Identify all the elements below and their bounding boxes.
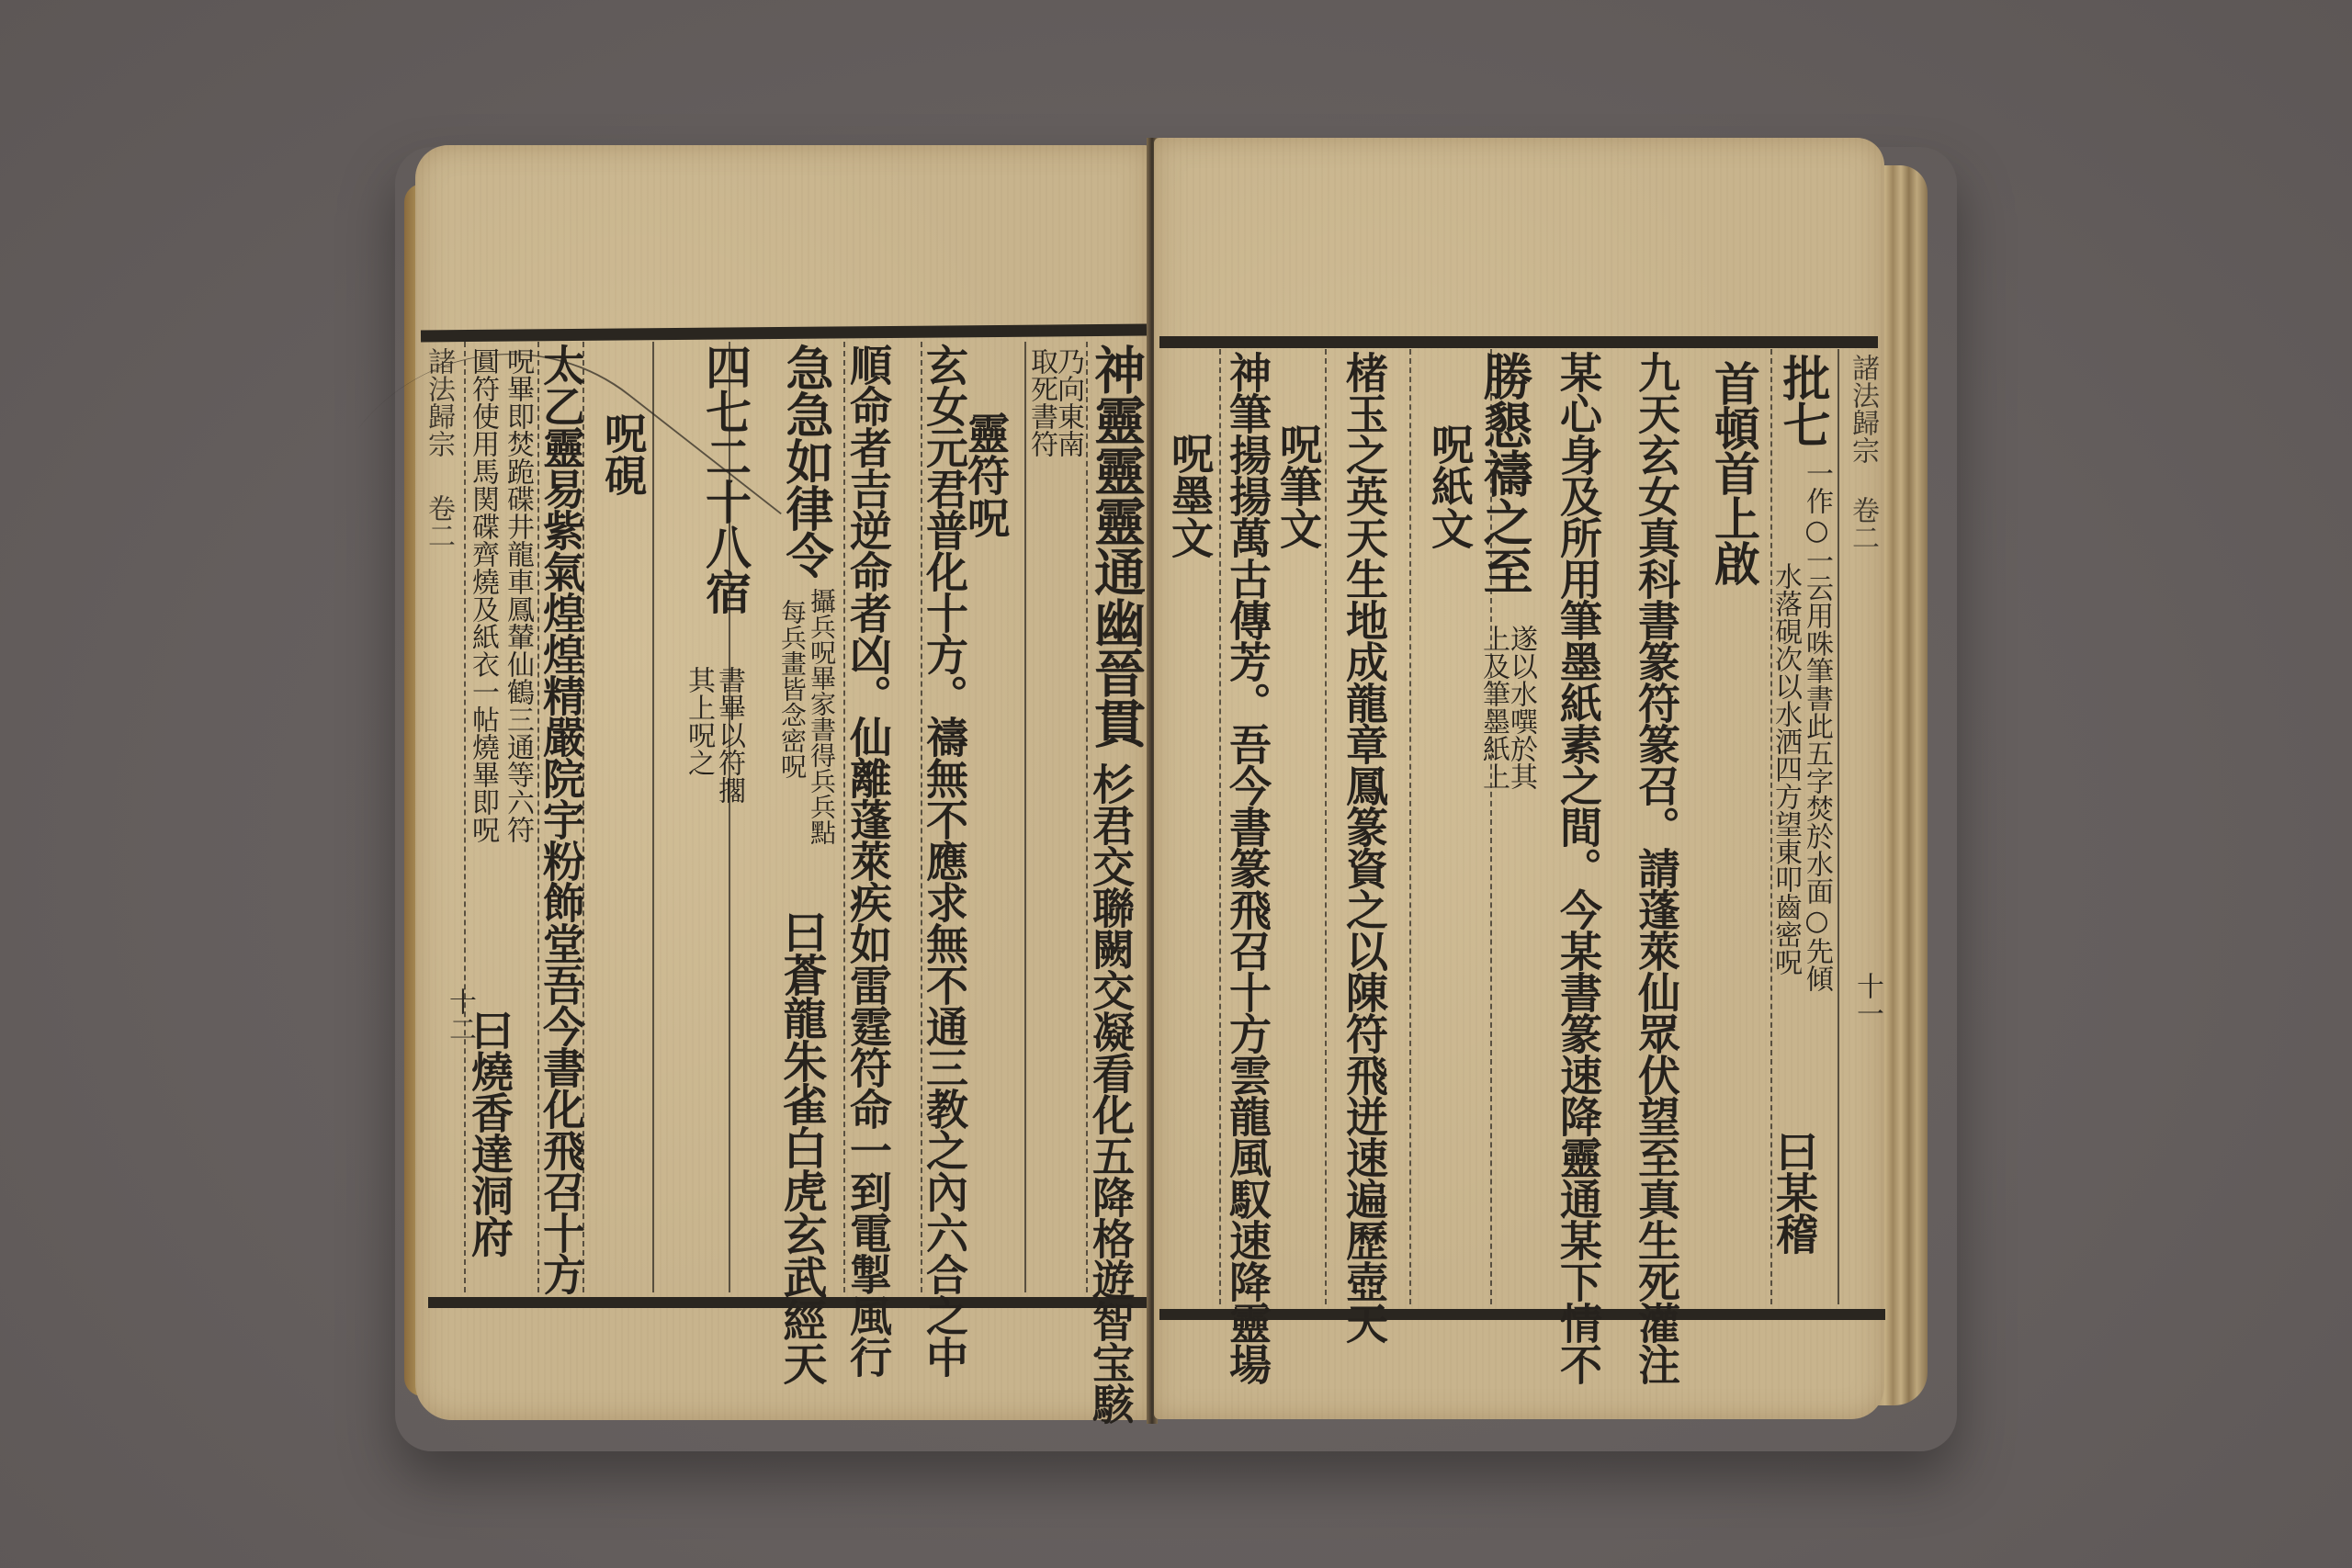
text-column: 玄女元君普化十方。禱無不應求無不通三教之內六合之中 [923,344,966,1377]
text-column: 九天玄女真科書篆符篆召。請蓬萊仙眾伏望至真生死灌注 [1635,351,1678,1384]
right-top-rule [1159,336,1878,348]
annotation-column: 水落硯次以水洒四方望東叩齒密呪 [1771,562,1799,976]
column-divider [1409,349,1411,1304]
section-heading: 呪紙文 [1429,423,1471,549]
section-heading: 呪筆文 [1277,423,1319,549]
text-column: 某心身及所用筆墨紙素之間。今某書篆速降靈通某下情不 [1557,351,1600,1384]
right-edge-title: 諸法歸宗 [1849,354,1876,464]
annotation-column: 一作○一云用咮筆書此五字焚於水面○先傾 [1803,459,1830,992]
section-heading: 靈符呪 [965,412,1007,538]
section-heading: 呪墨文 [1169,432,1211,558]
annotation-column: 每兵畫皆念密呪 [779,599,805,779]
annotation-column: 攝兵呪畢家書得兵兵點 [808,588,834,845]
text-column: 神筆揚揚萬古傳芳。吾今書篆飛召十方雲龍風馭速降靈場 [1227,351,1269,1384]
column-divider [1219,349,1221,1304]
text-column: 杉君交聯闕交凝看化五降格遊智宝駭 [1090,762,1132,1424]
text-column: 曰燒香達洞府 [469,1009,511,1257]
right-folio-number: 十一 [1847,972,1887,1027]
text-column: 勝懇禱之至 [1479,351,1529,594]
text-column: 順命者吉逆命者凶。仙離蓬萊疾如雷霆符命一到電掣風行 [847,344,889,1377]
text-column: 楮玉之英天生地成龍章鳳篆資之以陳符飛迸速遍歷壺天 [1343,351,1385,1343]
annotation-column: 乃向東南 [1054,347,1081,457]
text-column: 神靈靈靈通幽晉貫 [1090,344,1141,748]
column-divider [1325,349,1327,1304]
annotation-column: 書畢以符擱 [715,666,742,804]
annotation-column: 上及筆墨紙上 [1479,625,1507,790]
annotation-column: 遂以水噀於其 [1507,625,1534,790]
text-column: 首頓首上啟 [1711,360,1757,585]
annotation-column: 其上呪之 [684,666,712,776]
text-column: 急急如律令 [781,344,829,578]
right-edge-volume: 卷二 [1849,496,1876,551]
annotation-column: 取死書符 [1027,347,1055,457]
column-divider [1837,349,1839,1304]
text-column: 曰蒼龍朱雀白虎玄武經天 [779,909,823,1384]
text-column: 批七 [1778,354,1826,447]
text-column: 曰某稽 [1773,1130,1815,1254]
column-divider [1024,342,1026,1292]
